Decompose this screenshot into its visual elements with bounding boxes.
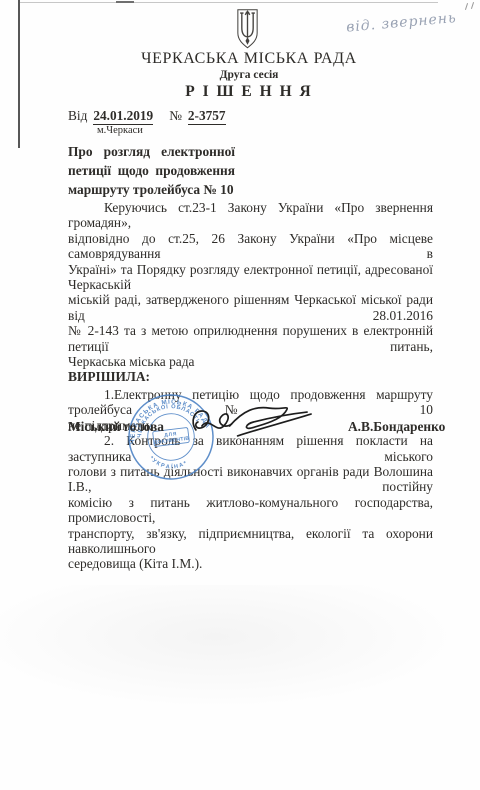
handwritten-note: від. звернень bbox=[346, 8, 477, 35]
number-sign: № bbox=[169, 108, 182, 123]
body-line: № 2-143 та з метою оприлюднення порушени… bbox=[68, 323, 433, 354]
subject-line: маршруту тролейбуса № 10 bbox=[68, 180, 235, 199]
subject-line: петиції щодо продовження bbox=[68, 161, 235, 180]
document-body: Керуючись ст.23-1 Закону України «Про зв… bbox=[68, 200, 433, 572]
preamble: Керуючись ст.23-1 Закону України «Про зв… bbox=[68, 200, 433, 369]
date-row: Від24.01.2019№2-3757 bbox=[68, 108, 226, 124]
from-label: Від bbox=[68, 108, 87, 123]
svg-text:* У К Р А Ї Н А *: * У К Р А Ї Н А * bbox=[147, 451, 189, 473]
subject-block: Про розгляд електронної петиції щодо про… bbox=[68, 142, 235, 199]
body-line: Черкаська міська рада bbox=[68, 354, 433, 369]
stamp-bottom-text: * У К Р А Ї Н А * bbox=[147, 451, 189, 473]
scanned-document-page: { "annotations": { "handwritten_note": "… bbox=[0, 0, 480, 790]
signature-scribble bbox=[186, 396, 320, 448]
body-line: міській раді, затвердженого рішенням Чер… bbox=[68, 292, 433, 323]
trident-base bbox=[246, 37, 250, 45]
body-line: комісію з питань житлово-комунального го… bbox=[68, 495, 433, 526]
city-label: м.Черкаси bbox=[97, 125, 143, 136]
subject-line: Про розгляд електронної bbox=[68, 142, 235, 161]
doc-type-title: Р І Ш Е Н Н Я bbox=[63, 83, 435, 101]
session-label: Друга сесія bbox=[63, 69, 435, 81]
body-line: Україні» та Порядку розгляду електронної… bbox=[68, 262, 433, 293]
body-line: транспорту, зв'язку, підприємництва, еко… bbox=[68, 526, 433, 557]
scan-top-dash bbox=[116, 1, 134, 3]
body-line: Керуючись ст.23-1 Закону України «Про зв… bbox=[68, 200, 433, 231]
ukraine-trident-emblem-icon bbox=[233, 8, 262, 50]
scan-noise-blotch bbox=[0, 585, 480, 715]
scan-top-line bbox=[20, 2, 438, 3]
body-line: голови з питань діяльності виконавчих ор… bbox=[68, 464, 433, 495]
body-line: відповідно до ст.25, 26 Закону України «… bbox=[68, 231, 433, 262]
resolved-heading: ВИРІШИЛА: bbox=[68, 369, 433, 384]
doc-date: 24.01.2019 bbox=[93, 108, 153, 125]
resolution-item-2: 2. Контроль за виконанням рішення поклас… bbox=[68, 433, 433, 572]
signature-title: Міський голова bbox=[68, 419, 164, 435]
org-name: ЧЕРКАСЬКА МІСЬКА РАДА bbox=[63, 50, 435, 68]
body-line: середовища (Кіта І.М.). bbox=[68, 556, 433, 571]
scan-left-edge-line bbox=[18, 0, 20, 148]
signature-name: А.В.Бондаренко bbox=[348, 419, 445, 435]
doc-number: 2-3757 bbox=[188, 108, 226, 125]
